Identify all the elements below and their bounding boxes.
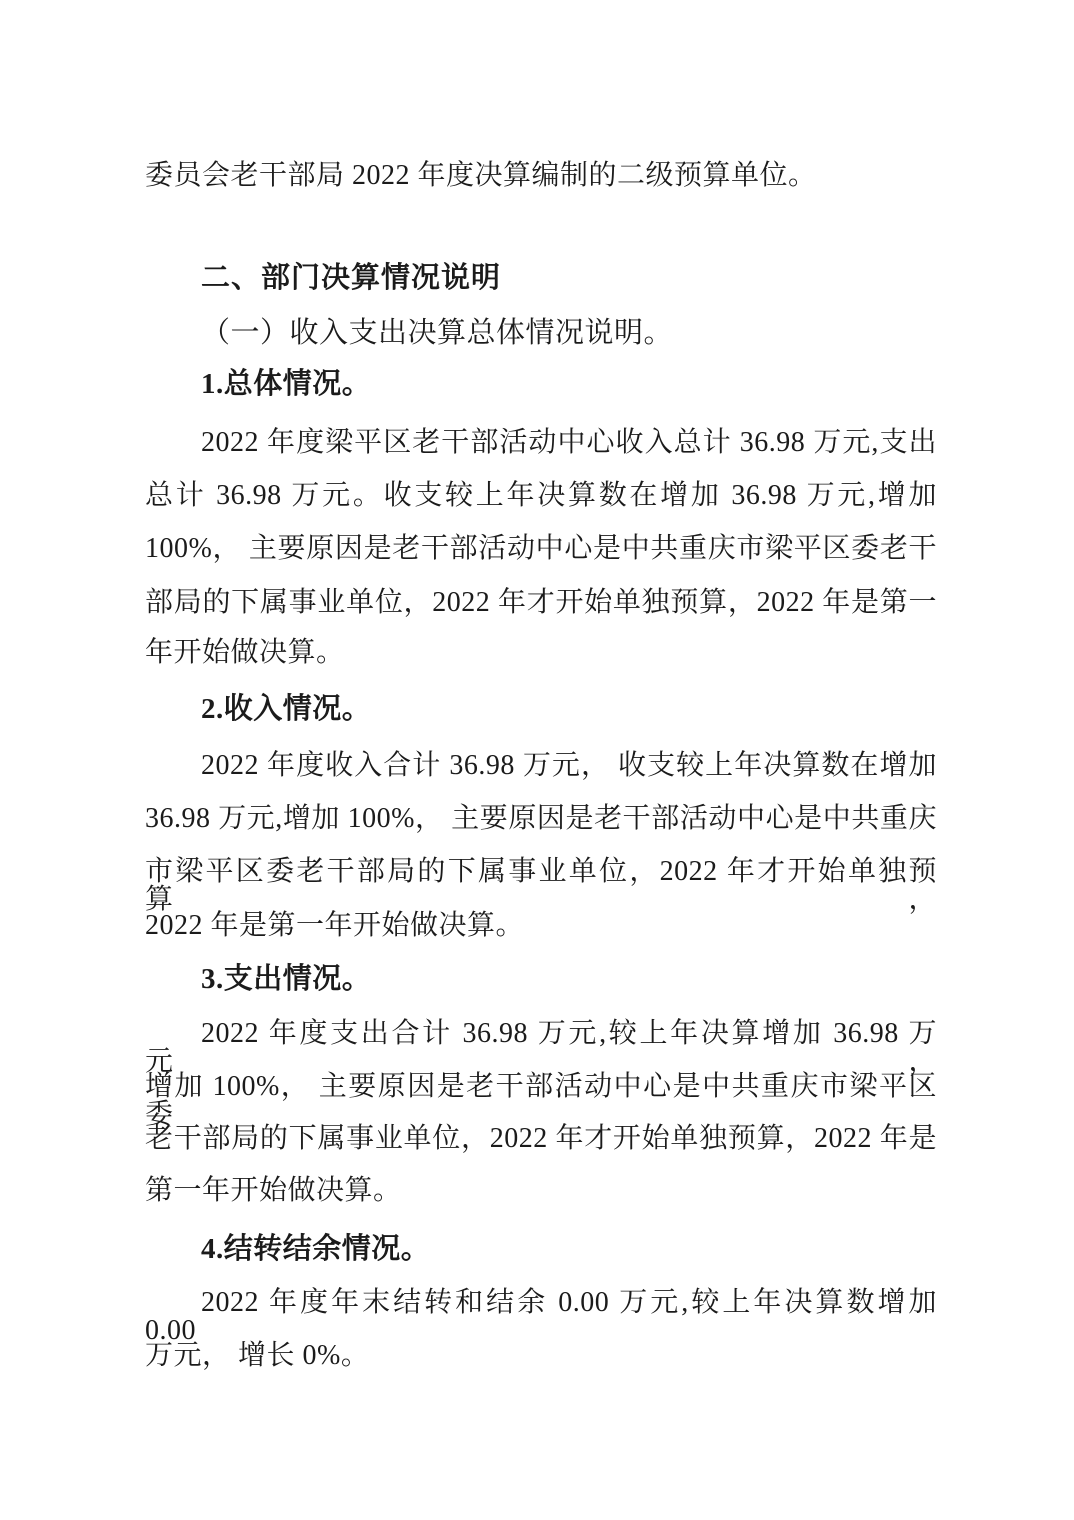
continuation-paragraph-line: 委员会老干部局 2022 年度决算编制的二级预算单位。	[145, 162, 937, 190]
item-3-paragraph-line: 老干部局的下属事业单位，2022 年才开始单独预算，2022 年是	[145, 1125, 937, 1153]
item-1-heading: 1.总体情况。	[145, 370, 937, 399]
item-1-paragraph-line: 年开始做决算。	[145, 639, 937, 667]
item-2-heading: 2.收入情况。	[145, 695, 937, 724]
item-4-heading: 4.结转结余情况。	[145, 1235, 937, 1264]
item-4-paragraph-line: 万元， 增长 0%。	[145, 1342, 937, 1370]
document-page: 委员会老干部局 2022 年度决算编制的二级预算单位。 二、部门决算情况说明 （…	[0, 0, 1074, 1520]
item-1-paragraph-line: 部局的下属事业单位，2022 年才开始单独预算，2022 年是第一	[145, 589, 937, 617]
item-4-paragraph-line: 2022 年度年末结转和结余 0.00 万元,较上年决算数增加 0.00	[145, 1289, 937, 1345]
item-1-paragraph-line: 总计 36.98 万元。收支较上年决算数在增加 36.98 万元,增加	[145, 482, 937, 510]
item-1-paragraph-line: 100%， 主要原因是老干部活动中心是中共重庆市梁平区委老干	[145, 535, 937, 563]
item-3-paragraph-line: 第一年开始做决算。	[145, 1177, 937, 1205]
item-3-paragraph-line: 2022 年度支出合计 36.98 万元,较上年决算增加 36.98 万元，	[145, 1020, 937, 1076]
item-1-paragraph-line: 2022 年度梁平区老干部活动中心收入总计 36.98 万元,支出	[145, 429, 937, 457]
item-2-paragraph-line: 市梁平区委老干部局的下属事业单位，2022 年才开始单独预算，	[145, 858, 937, 914]
item-3-paragraph-line: 增加 100%， 主要原因是老干部活动中心是中共重庆市梁平区委	[145, 1073, 937, 1129]
item-3-heading: 3.支出情况。	[145, 965, 937, 994]
item-2-paragraph-line: 2022 年是第一年开始做决算。	[145, 912, 937, 940]
item-2-paragraph-line: 2022 年度收入合计 36.98 万元， 收支较上年决算数在增加	[145, 752, 937, 780]
subsection-heading: （一）收入支出决算总体情况说明。	[145, 319, 937, 348]
section-heading: 二、部门决算情况说明	[145, 264, 937, 293]
item-2-paragraph-line: 36.98 万元,增加 100%， 主要原因是老干部活动中心是中共重庆	[145, 805, 937, 833]
